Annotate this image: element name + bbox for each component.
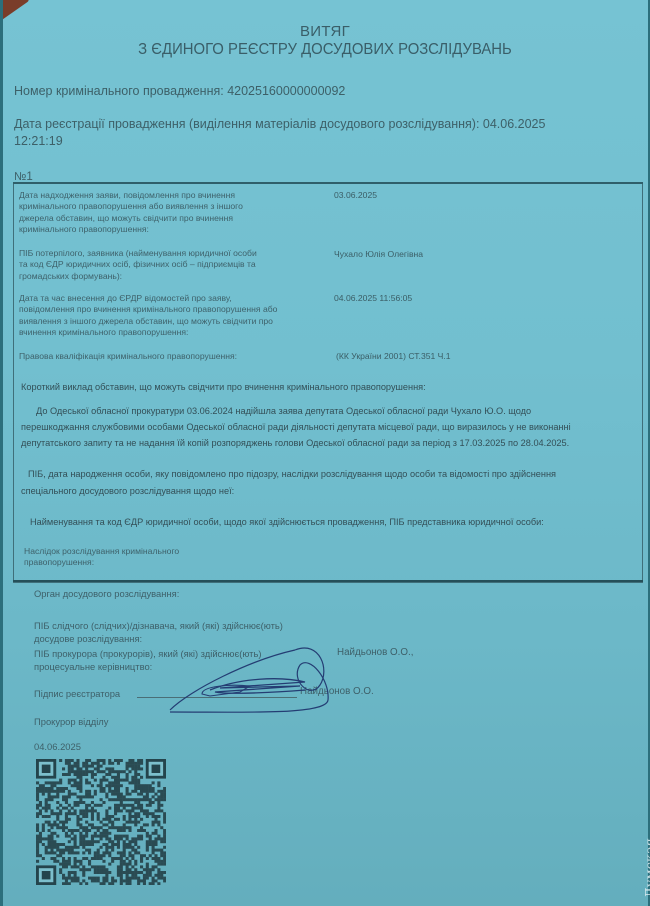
summary-text-line-1: До Одеської обласної прокуратури 03.06.2… [36, 406, 531, 416]
registration-date: Дата реєстрації провадження (виділення м… [14, 117, 545, 131]
watermark: Думская [644, 838, 650, 898]
row-value-victim: Чухало Юлія Олегівна [334, 249, 423, 259]
suspect-label-line-1: ПІБ, дата народження особи, яку повідомл… [28, 469, 556, 479]
document-title: ВИТЯГ [0, 23, 650, 40]
row-label-victim: ПІБ потерпілого, заявника (найменування … [19, 248, 257, 282]
summary-text-line-2: перешкоджання службовими особами Одесько… [21, 422, 571, 432]
document-subtitle: З ЄДИНОГО РЕЄСТРУ ДОСУДОВИХ РОЗСЛІДУВАНЬ [13, 41, 637, 59]
photo-corner-artifact [0, 0, 30, 23]
investigation-result-label: Наслідок розслідування кримінального пра… [24, 546, 179, 569]
registration-time: 12:21:19 [14, 134, 63, 148]
case-number: Номер кримінального провадження: 4202516… [14, 84, 345, 98]
handwritten-signature-icon [130, 640, 350, 715]
page-edge-left [0, 0, 3, 906]
row-value-legal-qualification: (КК України 2001) СТ.351 Ч.1 [336, 351, 451, 361]
section-box-bottom-border [13, 580, 643, 582]
document-date: 04.06.2025 [34, 741, 81, 752]
suspect-label-line-2: спеціального досудового розслідування що… [21, 486, 234, 496]
row-label-legal-qualification: Правова кваліфікація кримінального право… [19, 351, 237, 362]
summary-label: Короткий виклад обставин, що можуть свід… [21, 382, 426, 392]
row-value-receipt-date: 03.06.2025 [334, 190, 377, 200]
registrar-signature-label: Підпис реєстратора [34, 688, 120, 699]
summary-text-line-3: депутатського запиту та не надання їй ко… [21, 438, 569, 448]
row-label-receipt-date: Дата надходження заяви, повідомлення про… [19, 190, 243, 236]
legal-entity-label: Найменування та код ЄДР юридичної особи,… [30, 517, 544, 527]
qr-code-icon [36, 759, 166, 885]
row-label-erdr-date: Дата та час внесення до ЄРДР відомостей … [19, 293, 277, 339]
position-label: Прокурор відділу [34, 716, 108, 727]
row-value-erdr-date: 04.06.2025 11:56:05 [334, 293, 412, 303]
investigation-body-label: Орган досудового розслідування: [34, 588, 179, 599]
section-box-top-border [13, 182, 643, 184]
